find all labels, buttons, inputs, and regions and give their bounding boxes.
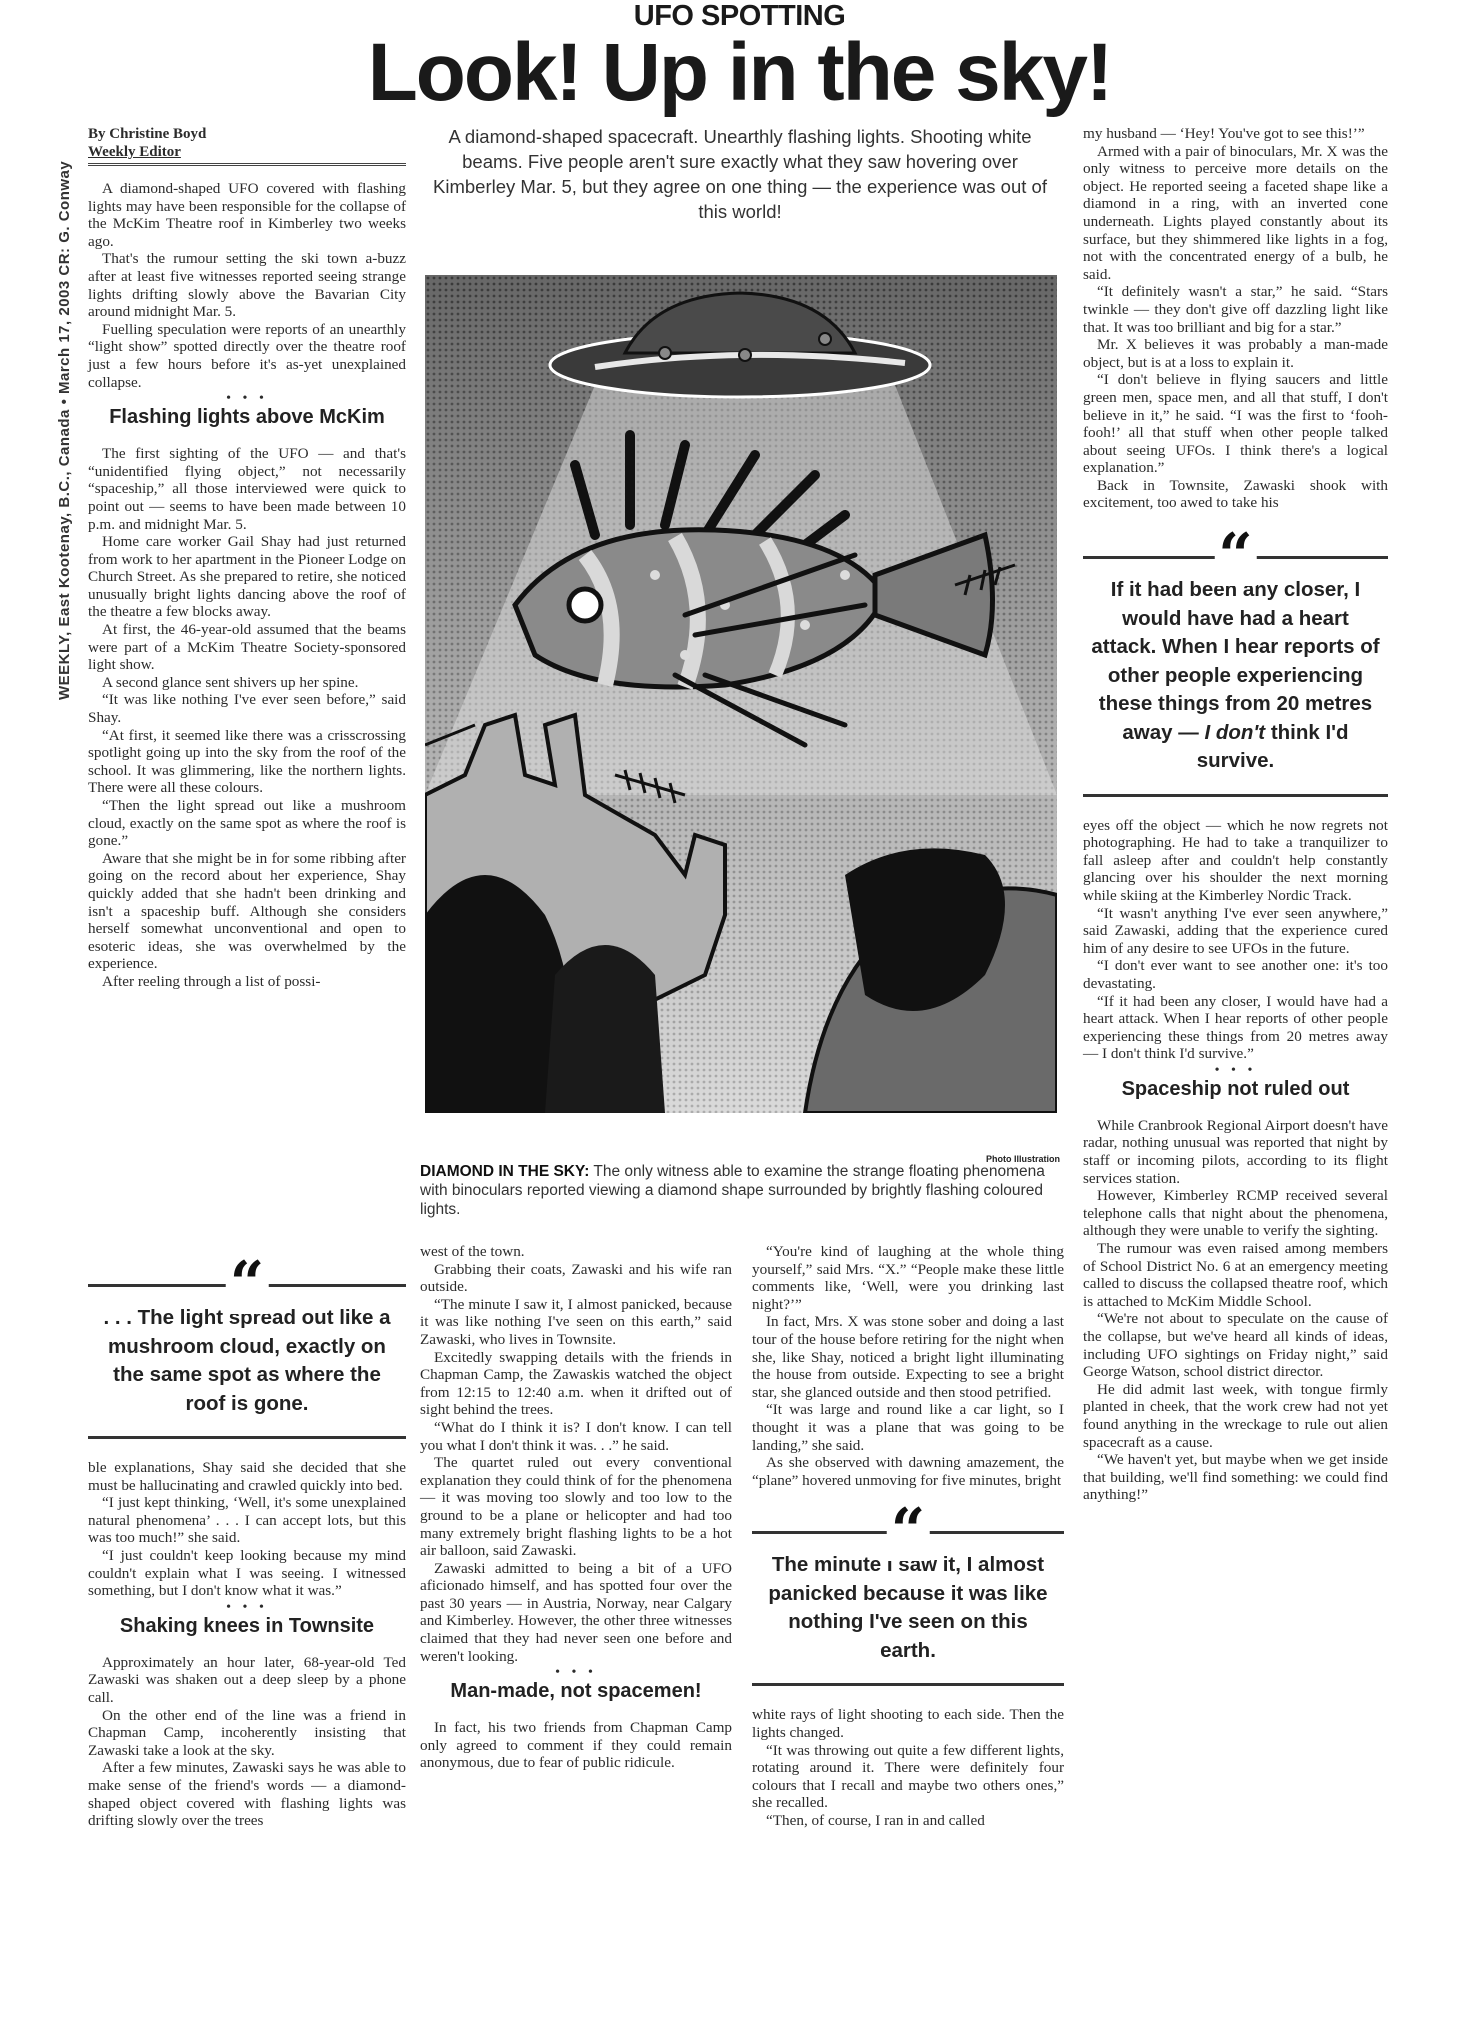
paragraph: As she observed with dawning amazement, …	[752, 1454, 1064, 1489]
paragraph: “What do I think it is? I don't know. I …	[420, 1419, 732, 1454]
pull-quote: “ . . . The light spread out like a mush…	[88, 1270, 406, 1439]
column-4: my husband — ‘Hey! You've got to see thi…	[1083, 125, 1388, 1504]
caption-lead: DIAMOND IN THE SKY:	[420, 1163, 589, 1180]
pull-quote-text: If it had been any closer, I would have …	[1083, 566, 1388, 786]
paragraph: “You're kind of laughing at the whole th…	[752, 1243, 1064, 1313]
paragraph: However, Kimberley RCMP received several…	[1083, 1187, 1388, 1240]
paragraph: A diamond-shaped UFO covered with flashi…	[88, 180, 406, 250]
section-dots: • • •	[88, 1602, 406, 1614]
paragraph: Mr. X believes it was probably a man-mad…	[1083, 336, 1388, 371]
paragraph: That's the rumour setting the ski town a…	[88, 250, 406, 320]
paragraph: my husband — ‘Hey! You've got to see thi…	[1083, 125, 1388, 143]
paragraph: Approximately an hour later, 68-year-old…	[88, 1654, 406, 1707]
paragraph: Fuelling speculation were reports of an …	[88, 321, 406, 391]
paragraph: “The minute I saw it, I almost panicked,…	[420, 1296, 732, 1349]
column-1: By Christine Boyd Weekly Editor A diamon…	[88, 125, 406, 991]
quote-mark-icon: “	[1214, 526, 1257, 586]
paragraph: After reeling through a list of possi-	[88, 973, 406, 991]
paragraph: “We're not about to speculate on the cau…	[1083, 1310, 1388, 1380]
paragraph: He did admit last week, with tongue firm…	[1083, 1381, 1388, 1451]
paragraph: Back in Townsite, Zawaski shook with exc…	[1083, 477, 1388, 512]
paragraph: Aware that she might be in for some ribb…	[88, 850, 406, 973]
subhead: Flashing lights above McKim	[88, 405, 406, 429]
section-dots: • • •	[1083, 1065, 1388, 1077]
paragraph: “It was large and round like a car light…	[752, 1401, 1064, 1454]
paragraph: “I just couldn't keep looking because my…	[88, 1547, 406, 1600]
deck: A diamond-shaped spacecraft. Unearthly f…	[420, 124, 1060, 224]
paragraph: “I just kept thinking, ‘Well, it's some …	[88, 1494, 406, 1547]
subhead: Spaceship not ruled out	[1083, 1077, 1388, 1101]
subhead: Shaking knees in Townsite	[88, 1614, 406, 1638]
paragraph: In fact, Mrs. X was stone sober and doin…	[752, 1313, 1064, 1401]
paragraph: “I don't ever want to see another one: i…	[1083, 957, 1388, 992]
photo-caption: DIAMOND IN THE SKY: The only witness abl…	[420, 1162, 1060, 1219]
paragraph: “It was like nothing I've ever seen befo…	[88, 691, 406, 726]
paragraph: While Cranbrook Regional Airport doesn't…	[1083, 1117, 1388, 1187]
section-dots: • • •	[420, 1667, 732, 1679]
column-3: “You're kind of laughing at the whole th…	[752, 1243, 1064, 1829]
paragraph: “If it had been any closer, I would have…	[1083, 993, 1388, 1063]
byline: By Christine Boyd Weekly Editor	[88, 125, 406, 166]
paragraph: Armed with a pair of binoculars, Mr. X w…	[1083, 143, 1388, 284]
paragraph: west of the town.	[420, 1243, 732, 1261]
paragraph: “At first, it seemed like there was a cr…	[88, 727, 406, 797]
paragraph: “We haven't yet, but maybe when we get i…	[1083, 1451, 1388, 1504]
subhead: Man-made, not spacemen!	[420, 1679, 732, 1703]
byline-name: By Christine Boyd	[88, 125, 406, 143]
section-dots: • • •	[88, 393, 406, 405]
paragraph: A second glance sent shivers up her spin…	[88, 674, 406, 692]
paragraph: In fact, his two friends from Chapman Ca…	[420, 1719, 732, 1772]
paragraph: The first sighting of the UFO — and that…	[88, 445, 406, 533]
pull-quote: “ If it had been any closer, I would hav…	[1083, 542, 1388, 797]
paragraph: The quartet ruled out every conventional…	[420, 1454, 732, 1560]
paragraph: eyes off the object — which he now regre…	[1083, 817, 1388, 905]
byline-role: Weekly Editor	[88, 143, 406, 161]
ufo-fish-illustration	[425, 275, 1057, 1113]
paragraph: The rumour was even raised among members…	[1083, 1240, 1388, 1310]
column-2: west of the town. Grabbing their coats, …	[420, 1243, 732, 1772]
quote-mark-icon: “	[887, 1501, 930, 1561]
paragraph: Zawaski admitted to being a bit of a UFO…	[420, 1560, 732, 1666]
paragraph: At first, the 46-year-old assumed that t…	[88, 621, 406, 674]
paragraph: “It definitely wasn't a star,” he said. …	[1083, 283, 1388, 336]
paragraph: “I don't believe in flying saucers and l…	[1083, 371, 1388, 477]
paragraph: white rays of light shooting to each sid…	[752, 1706, 1064, 1741]
paragraph: “Then, of course, I ran in and called	[752, 1812, 1064, 1830]
paragraph: Home care worker Gail Shay had just retu…	[88, 533, 406, 621]
pull-quote: “ The minute I saw it, I almost panicked…	[752, 1517, 1064, 1686]
quote-mark-icon: “	[226, 1254, 269, 1314]
paragraph: “It wasn't anything I've ever seen anywh…	[1083, 905, 1388, 958]
paragraph: “Then the light spread out like a mushro…	[88, 797, 406, 850]
column-1-lower: “ . . . The light spread out like a mush…	[88, 1270, 406, 1830]
paragraph: Grabbing their coats, Zawaski and his wi…	[420, 1261, 732, 1296]
paragraph: Excitedly swapping details with the frie…	[420, 1349, 732, 1419]
paragraph: “It was throwing out quite a few differe…	[752, 1742, 1064, 1812]
headline: Look! Up in the sky!	[0, 30, 1479, 116]
paragraph: ble explanations, Shay said she decided …	[88, 1459, 406, 1494]
paragraph: After a few minutes, Zawaski says he was…	[88, 1759, 406, 1829]
paragraph: On the other end of the line was a frien…	[88, 1707, 406, 1760]
